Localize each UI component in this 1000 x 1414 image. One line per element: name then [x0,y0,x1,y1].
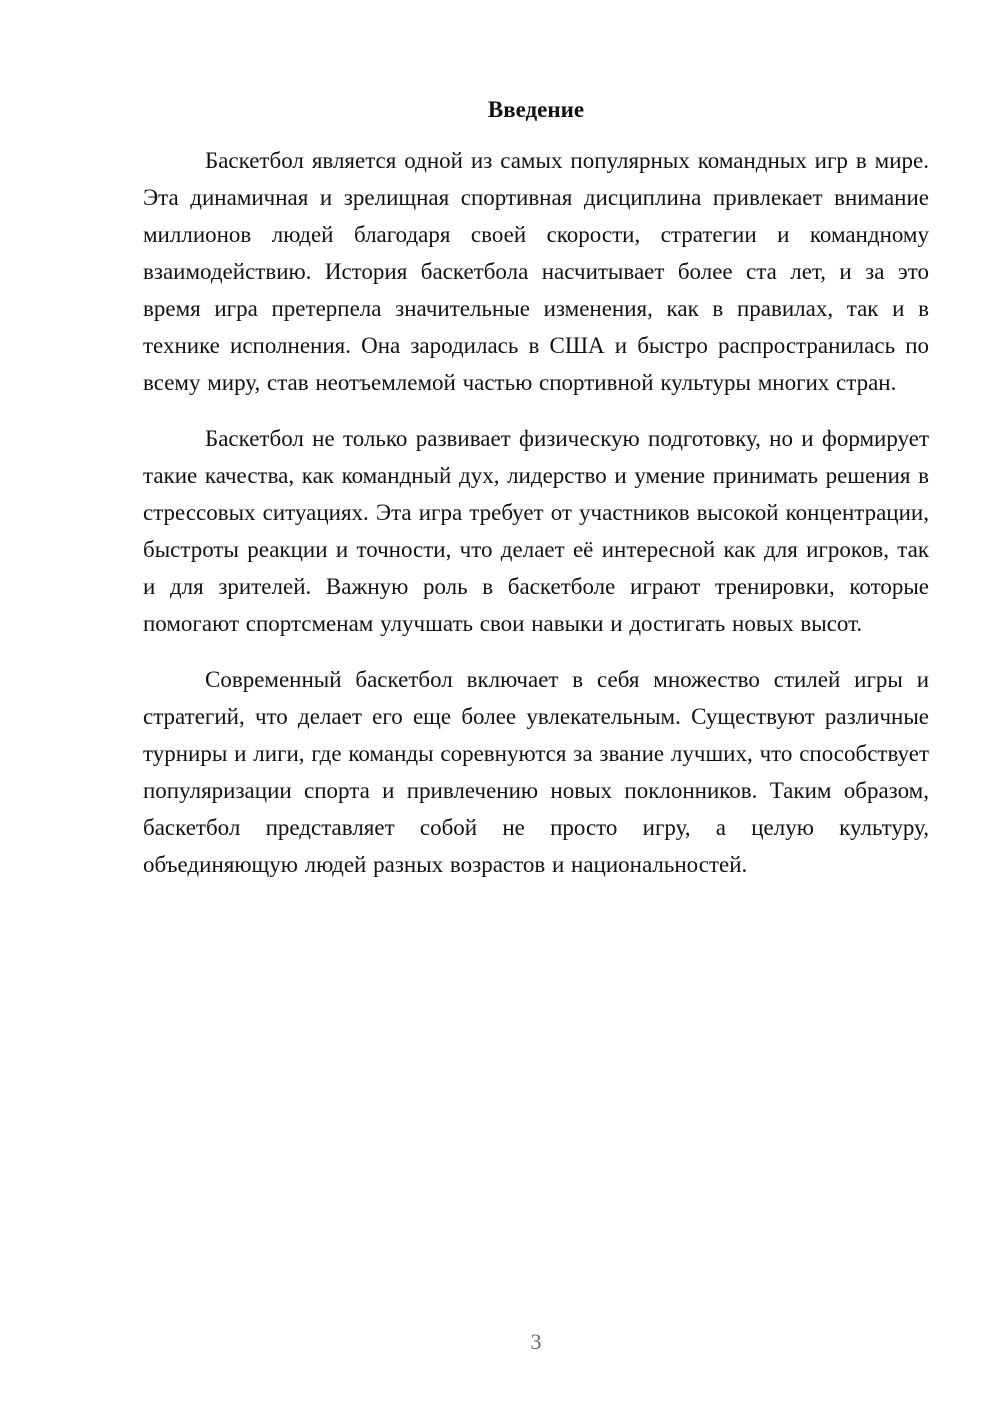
paragraph-1: Баскетбол является одной из самых популя… [143,142,929,401]
paragraph-3: Современный баскетбол включает в себя мн… [143,661,929,883]
page-title: Введение [143,91,929,128]
page-content: Введение Баскетбол является одной из сам… [143,0,929,902]
document-page: Введение Баскетбол является одной из сам… [0,0,1000,1414]
page-number: 3 [143,1327,929,1357]
paragraph-2: Баскетбол не только развивает физическую… [143,420,929,642]
